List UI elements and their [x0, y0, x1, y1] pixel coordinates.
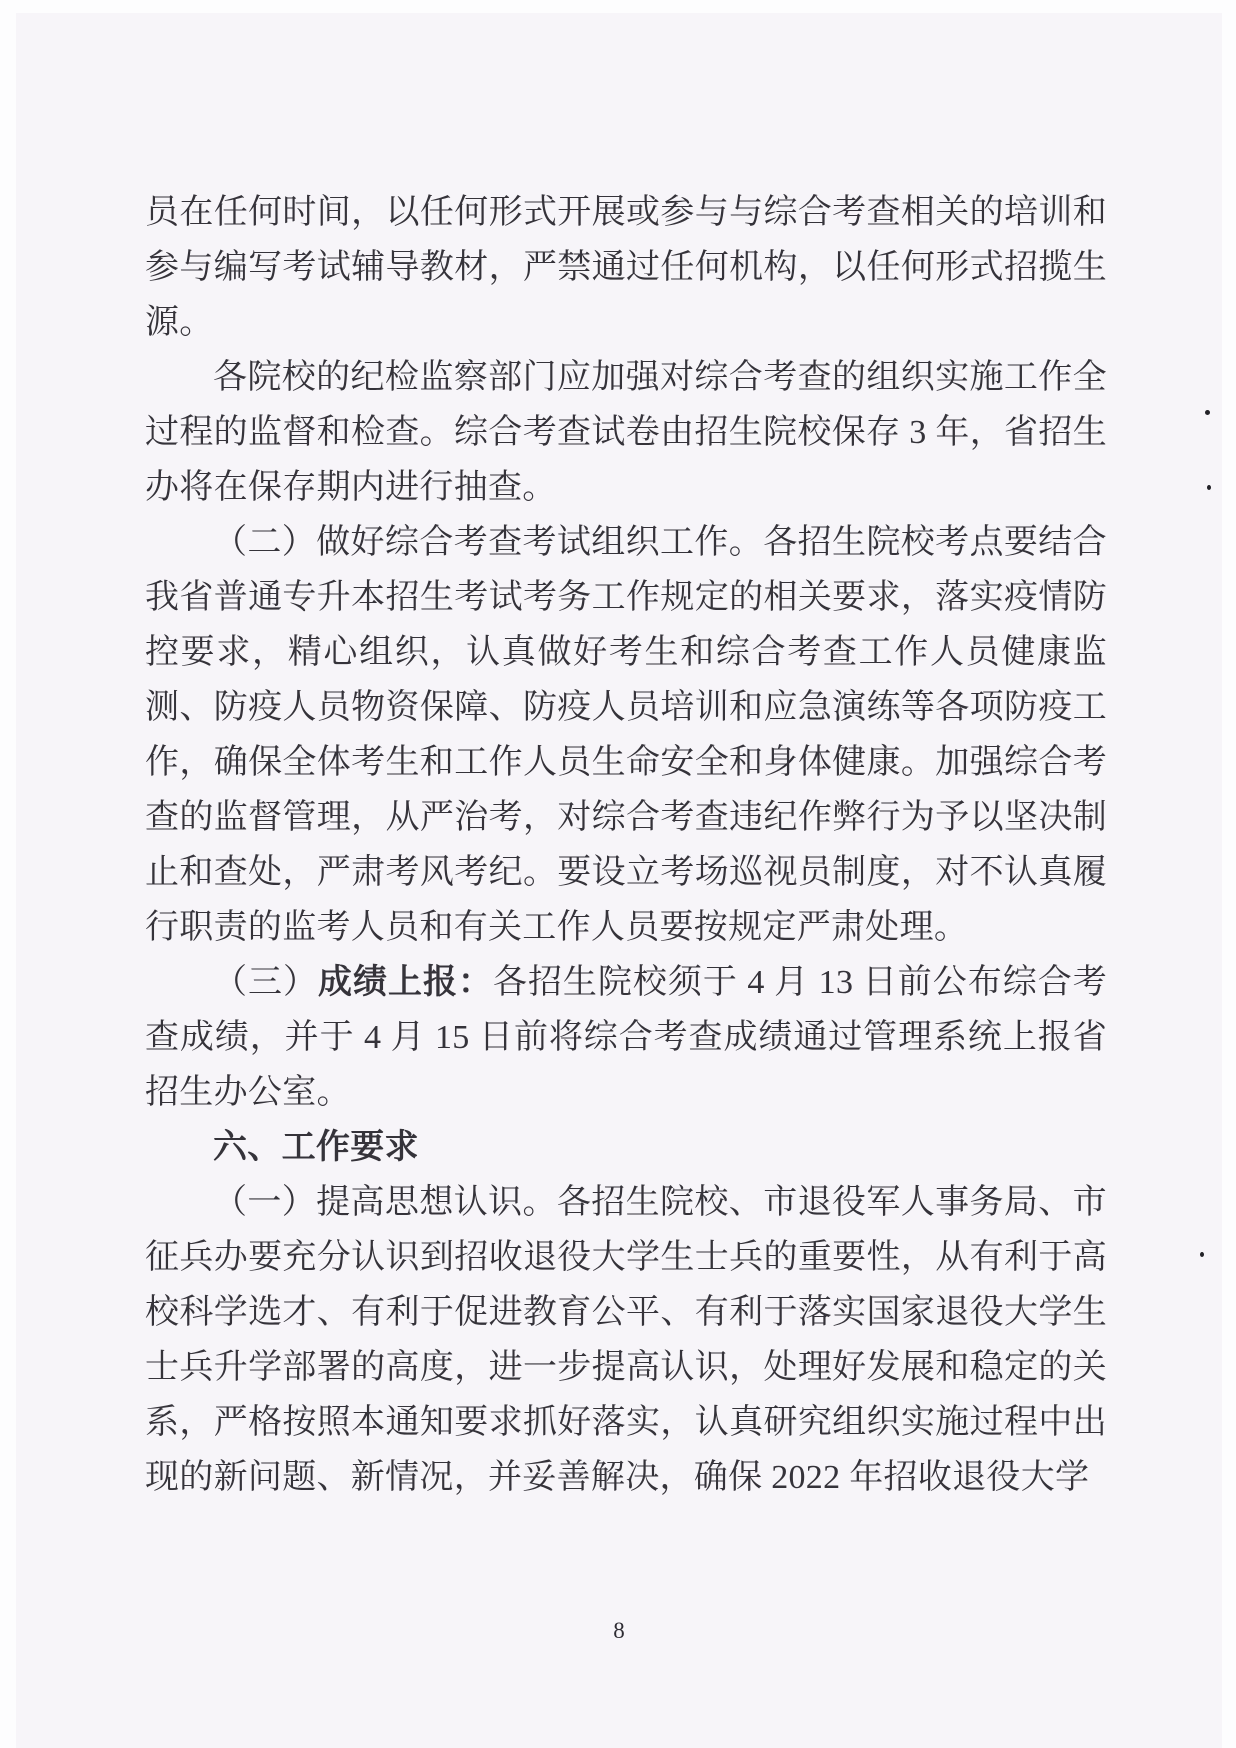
- paragraph: 员在任何时间，以任何形式开展或参与与综合考查相关的培训和参与编写考试辅导教材，严…: [145, 185, 1107, 350]
- paragraph: （二）做好综合考查考试组织工作。各招生院校考点要结合我省普通专升本招生考试考务工…: [145, 515, 1107, 955]
- section-heading: 六、工作要求: [145, 1120, 1107, 1175]
- page-number: 8: [16, 1618, 1222, 1644]
- scan-artifact-dot: [1200, 1252, 1204, 1257]
- document-body: 员在任何时间，以任何形式开展或参与与综合考查相关的培训和参与编写考试辅导教材，严…: [145, 185, 1107, 1505]
- paragraph: 各院校的纪检监察部门应加强对综合考查的组织实施工作全过程的监督和检查。综合考查试…: [145, 350, 1107, 515]
- paragraph: （三）成绩上报：各招生院校须于 4 月 13 日前公布综合考查成绩，并于 4 月…: [145, 955, 1107, 1120]
- text-run: （一）提高思想认识。各招生院校、市退役军人事务局、市征兵办要充分认识到招收退役大…: [145, 1184, 1107, 1496]
- scan-artifact-dot: [1207, 485, 1211, 490]
- text-run: 各院校的纪检监察部门应加强对综合考查的组织实施工作全过程的监督和检查。综合考查试…: [145, 359, 1107, 506]
- bold-text-run: 成绩上报：: [318, 964, 493, 1001]
- paragraph: （一）提高思想认识。各招生院校、市退役军人事务局、市征兵办要充分认识到招收退役大…: [145, 1175, 1107, 1505]
- scan-artifact-dot: [1205, 410, 1210, 415]
- scanned-document-page: 员在任何时间，以任何形式开展或参与与综合考查相关的培训和参与编写考试辅导教材，严…: [16, 13, 1222, 1748]
- text-run: 六、工作要求: [213, 1128, 419, 1166]
- text-run: 员在任何时间，以任何形式开展或参与与综合考查相关的培训和参与编写考试辅导教材，严…: [145, 194, 1107, 341]
- text-run: （二）做好综合考查考试组织工作。各招生院校考点要结合我省普通专升本招生考试考务工…: [145, 524, 1107, 946]
- text-run: （三）: [213, 964, 318, 1001]
